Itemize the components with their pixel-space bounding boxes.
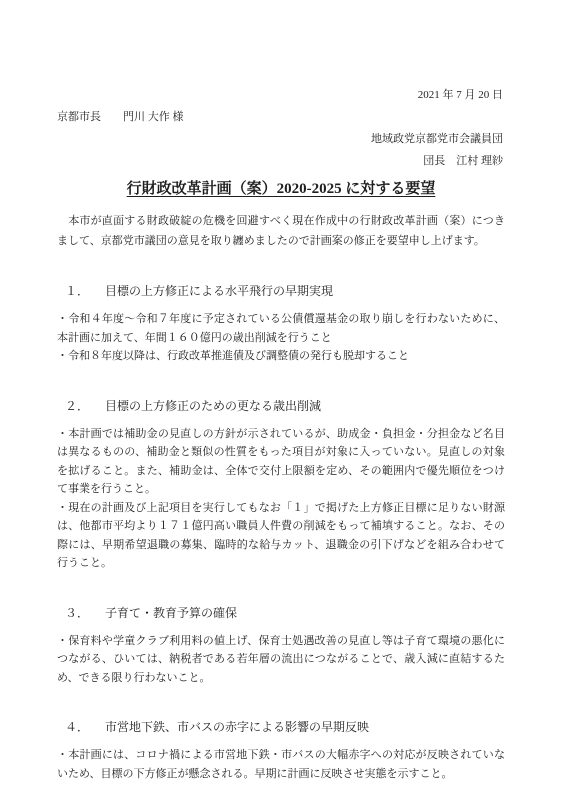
section-2: ２．目標の上方修正のための更なる歳出削減 ・本計画では補助金の見直しの方針が示さ… — [57, 396, 505, 573]
section-2-heading: ２．目標の上方修正のための更なる歳出削減 — [57, 396, 505, 416]
document-title: 行財政改革計画（案）2020-2025 に対する要望 — [57, 177, 505, 201]
section-4-heading: ４．市営地下鉄、市バスの赤字による影響の早期反映 — [57, 717, 505, 737]
sender-organization: 地域政党京都党市会議員団 — [57, 128, 505, 150]
section-4-bullets: ・本計画には、コロナ禍による市営地下鉄・市バスの大幅赤字への対応が反映されていな… — [57, 746, 505, 783]
document-page: 2021 年 7 月 20 日 京都市長 門川 大作 様 地域政党京都党市会議員… — [0, 0, 566, 800]
bullet-item: ・保育料や学童クラブ利用料の値上げ、保育士処遇改善の見直し等は子育て環境の悪化に… — [57, 632, 505, 688]
section-2-title: 目標の上方修正のための更なる歳出削減 — [105, 399, 321, 413]
section-3-heading: ３．子育て・教育予算の確保 — [57, 603, 505, 623]
section-4: ４．市営地下鉄、市バスの赤字による影響の早期反映 ・本計画には、コロナ禍による市… — [57, 717, 505, 783]
section-3-title: 子育て・教育予算の確保 — [105, 606, 237, 620]
section-1-bullets: ・令和４年度～令和７年度に予定されている公債償還基金の取り崩しを行わないために、… — [57, 310, 505, 366]
bullet-item: ・現在の計画及び上記項目を実行してもなお「１」で掲げた上方修正目標に足りない財源… — [57, 499, 505, 573]
section-4-number: ４． — [65, 717, 105, 737]
section-2-bullets: ・本計画では補助金の見直しの方針が示されているが、助成金・負担金・分担金など名目… — [57, 425, 505, 573]
document-title-text: 行財政改革計画（案）2020-2025 に対する要望 — [127, 181, 436, 197]
section-3-number: ３． — [65, 603, 105, 623]
section-2-number: ２． — [65, 396, 105, 416]
section-1-number: １． — [65, 281, 105, 301]
section-3-bullets: ・保育料や学童クラブ利用料の値上げ、保育士処遇改善の見直し等は子育て環境の悪化に… — [57, 632, 505, 688]
bullet-item: ・本計画では補助金の見直しの方針が示されているが、助成金・負担金・分担金など名目… — [57, 425, 505, 499]
document-date: 2021 年 7 月 20 日 — [57, 84, 505, 106]
bullet-item: ・令和４年度～令和７年度に予定されている公債償還基金の取り崩しを行わないために、… — [57, 310, 505, 347]
section-4-title: 市営地下鉄、市バスの赤字による影響の早期反映 — [105, 720, 369, 734]
intro-paragraph: 本市が直面する財政破綻の危機を回避すべく現在作成中の行財政改革計画（案）につきま… — [57, 211, 505, 251]
section-3: ３．子育て・教育予算の確保 ・保育料や学童クラブ利用料の値上げ、保育士処遇改善の… — [57, 603, 505, 688]
addressee-line: 京都市長 門川 大作 様 — [57, 106, 505, 128]
section-1-title: 目標の上方修正による水平飛行の早期実現 — [105, 284, 333, 298]
sender-person: 団長 江村 理紗 — [57, 150, 505, 172]
section-1: １．目標の上方修正による水平飛行の早期実現 ・令和４年度～令和７年度に予定されて… — [57, 281, 505, 366]
bullet-item: ・本計画には、コロナ禍による市営地下鉄・市バスの大幅赤字への対応が反映されていな… — [57, 746, 505, 783]
bullet-item: ・令和８年度以降は、行政改革推進債及び調整債の発行も脱却すること — [57, 347, 505, 366]
section-1-heading: １．目標の上方修正による水平飛行の早期実現 — [57, 281, 505, 301]
